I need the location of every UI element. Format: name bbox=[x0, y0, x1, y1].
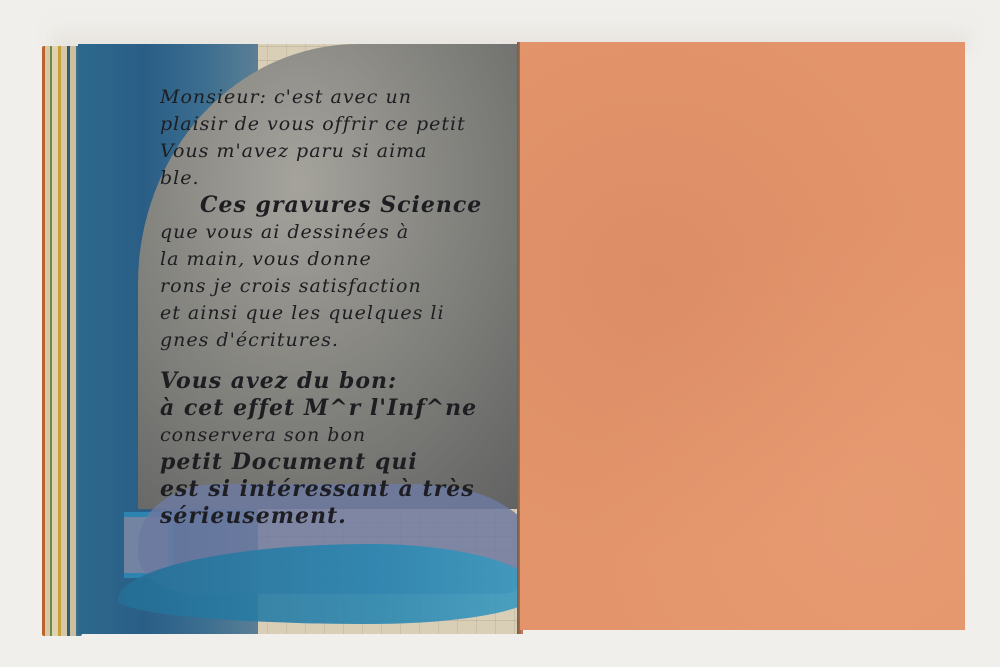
handwritten-letter: Monsieur: c'est avec un plaisir de vous … bbox=[160, 84, 519, 530]
handwriting-line: Monsieur: c'est avec un bbox=[160, 84, 519, 111]
handwriting-line: conservera son bon bbox=[160, 422, 519, 449]
handwriting-line: Vous avez du bon: bbox=[160, 368, 519, 395]
handwriting-line: et ainsi que les quelques li bbox=[160, 300, 519, 327]
handwriting-line: rons je crois satisfaction bbox=[160, 273, 519, 300]
handwriting-line: petit Document qui bbox=[160, 449, 519, 476]
left-notebook-page: Monsieur: c'est avec un plaisir de vous … bbox=[78, 44, 519, 634]
handwriting-line: que vous ai dessinées à bbox=[160, 219, 519, 246]
handwriting-line: la main, vous donne bbox=[160, 246, 519, 273]
handwriting-line: Vous m'avez paru si aima bbox=[160, 138, 519, 165]
handwriting-line: est si intéressant à très bbox=[160, 476, 519, 503]
handwriting-line: sérieusement. bbox=[160, 503, 519, 530]
notebook-page-edges bbox=[42, 46, 82, 636]
right-orange-page bbox=[520, 42, 965, 630]
handwriting-line: Ces gravures Science bbox=[160, 192, 519, 219]
handwriting-line: plaisir de vous offrir ce petit bbox=[160, 111, 519, 138]
handwriting-line: gnes d'écritures. bbox=[160, 327, 519, 354]
handwriting-line: à cet effet M^r l'Inf^ne bbox=[160, 395, 519, 422]
handwriting-line: ble. bbox=[160, 165, 519, 192]
